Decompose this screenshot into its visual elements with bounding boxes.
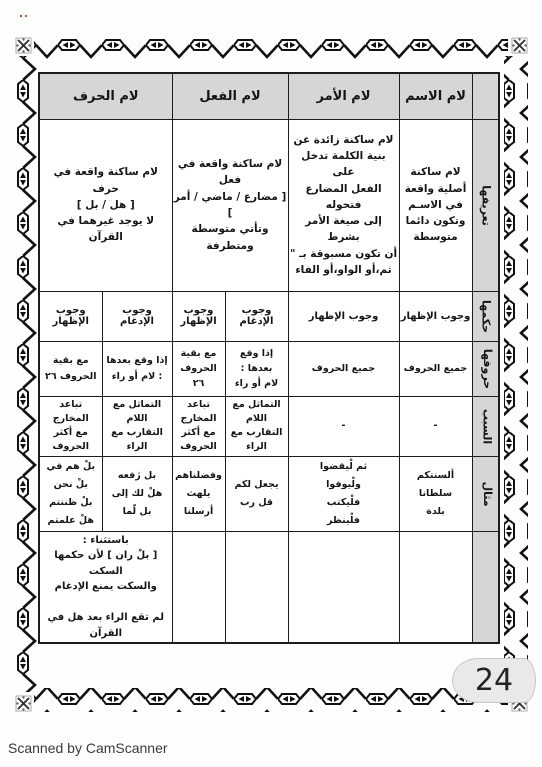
border-bottom — [34, 688, 508, 712]
letters-row: حروفها جميع الحروف جميع الحروف إذا وقع ب… — [39, 341, 499, 396]
reason-row: السبب - - التماثل مع اللام التقارب مع ال… — [39, 396, 499, 456]
cell-example-amr: ثم لْيقضوا ولْيوفوا فلْيكتب فلْينظر — [288, 456, 399, 531]
scanned-page: لام الاسم لام الأمر لام الفعل لام الحرف … — [0, 0, 542, 767]
row-label-reason-text: السبب — [472, 413, 499, 439]
cell-example-harf-izhar: بلْ هم في بلْ نحن بلْ ظننتم هلْ علمتم — [39, 456, 102, 531]
cell-letters-harf-idgham: إذا وقع بعدها : لام أو راء — [102, 341, 172, 396]
row-label-reason: السبب — [472, 396, 499, 456]
header-row: لام الاسم لام الأمر لام الفعل لام الحرف — [39, 73, 499, 119]
cell-example-fil-izhar: وفضلناهم يلهث أرسلنا — [172, 456, 225, 531]
border-left — [14, 56, 38, 692]
cell-example-fil-idgham: يجعل لكم قل رب — [225, 456, 288, 531]
cell-ruling-fil-idgham: وجوب الإدغام — [225, 291, 288, 341]
border-right — [504, 56, 528, 692]
cell-ruling-harf-idgham: وجوب الإدغام — [102, 291, 172, 341]
cell-note-amr-empty — [288, 531, 399, 643]
cell-ruling-ism: وجوب الإظهار — [399, 291, 472, 341]
header-lam-harf: لام الحرف — [39, 73, 172, 119]
row-label-letters: حروفها — [472, 341, 499, 396]
row-label-definition: تعريفها — [472, 119, 499, 291]
header-lam-fil: لام الفعل — [172, 73, 288, 119]
cell-definition-amr: لام ساكنة زائدة عن بنية الكلمة تدخل على … — [288, 119, 399, 291]
border-top — [34, 36, 508, 60]
cell-definition-harf: لام ساكنة واقعة في حرف [ هل / بل ] لا يو… — [39, 119, 172, 291]
example-row: مثال ألسنتكم سلطانا بلدة ثم لْيقضوا ولْي… — [39, 456, 499, 531]
row-label-letters-text: حروفها — [472, 356, 499, 382]
cell-example-harf-idgham: بل رٰفعه هلْ لك إلى بل لّما — [102, 456, 172, 531]
cell-ruling-amr: وجوب الإظهار — [288, 291, 399, 341]
cell-definition-ism: لام ساكنة أصلية واقعة في الاسـم وتكون دا… — [399, 119, 472, 291]
corner-cell — [472, 73, 499, 119]
cell-letters-amr: جميع الحروف — [288, 341, 399, 396]
cell-letters-harf-izhar: مع بقية الحروف ٢٦ — [39, 341, 102, 396]
cell-note-ism-empty — [399, 531, 472, 643]
cell-definition-fil: لام ساكنة واقعة في فعل [ مضارع / ماضي / … — [172, 119, 288, 291]
cell-letters-fil-izhar: مع بقية الحروف ٢٦ — [172, 341, 225, 396]
corner-ornament-icon — [16, 38, 31, 53]
definition-row: تعريفها لام ساكنة أصلية واقعة في الاسـم … — [39, 119, 499, 291]
row-label-example-text: مثال — [472, 481, 499, 507]
header-lam-amr: لام الأمر — [288, 73, 399, 119]
page-number: 24 — [475, 663, 513, 698]
corner-ornament-icon — [16, 696, 31, 711]
row-label-definition-text: تعريفها — [472, 192, 499, 218]
cell-reason-amr: - — [288, 396, 399, 456]
cell-reason-harf-idgham: التماثل مع اللام التقارب مع الراء — [102, 396, 172, 456]
row-label-example: مثال — [472, 456, 499, 531]
cell-ruling-fil-izhar: وجوب الإظهار — [172, 291, 225, 341]
page-number-badge: 24 — [452, 658, 536, 703]
cell-reason-ism: - — [399, 396, 472, 456]
red-ink-mark — [12, 2, 40, 18]
exception-note: باستثناء : [ بلْ ران ] لأن حكمها السكت و… — [39, 531, 172, 643]
cell-note-fil-idgham-empty — [225, 531, 288, 643]
exception-row: باستثناء : [ بلْ ران ] لأن حكمها السكت و… — [39, 531, 499, 643]
cell-letters-ism: جميع الحروف — [399, 341, 472, 396]
row-label-ruling-text: حكمها — [472, 303, 499, 329]
cell-ruling-harf-izhar: وجوب الإظهار — [39, 291, 102, 341]
row-label-empty — [472, 531, 499, 643]
cell-reason-harf-izhar: تباعد المخارج مع أكثر الحروف — [39, 396, 102, 456]
lam-types-table: لام الاسم لام الأمر لام الفعل لام الحرف … — [38, 72, 500, 644]
row-label-ruling: حكمها — [472, 291, 499, 341]
ruling-row: حكمها وجوب الإظهار وجوب الإظهار وجوب الإ… — [39, 291, 499, 341]
cell-note-fil-izhar-empty — [172, 531, 225, 643]
corner-ornament-icon — [512, 38, 527, 53]
cell-letters-fil-idgham: إذا وقع بعدها : لام أو راء — [225, 341, 288, 396]
header-lam-ism: لام الاسم — [399, 73, 472, 119]
cell-reason-fil-idgham: التماثل مع اللام التقارب مع الراء — [225, 396, 288, 456]
cell-example-ism: ألسنتكم سلطانا بلدة — [399, 456, 472, 531]
scanner-credit: Scanned by CamScanner — [8, 740, 168, 756]
cell-reason-fil-izhar: تباعد المخارج مع أكثر الحروف — [172, 396, 225, 456]
